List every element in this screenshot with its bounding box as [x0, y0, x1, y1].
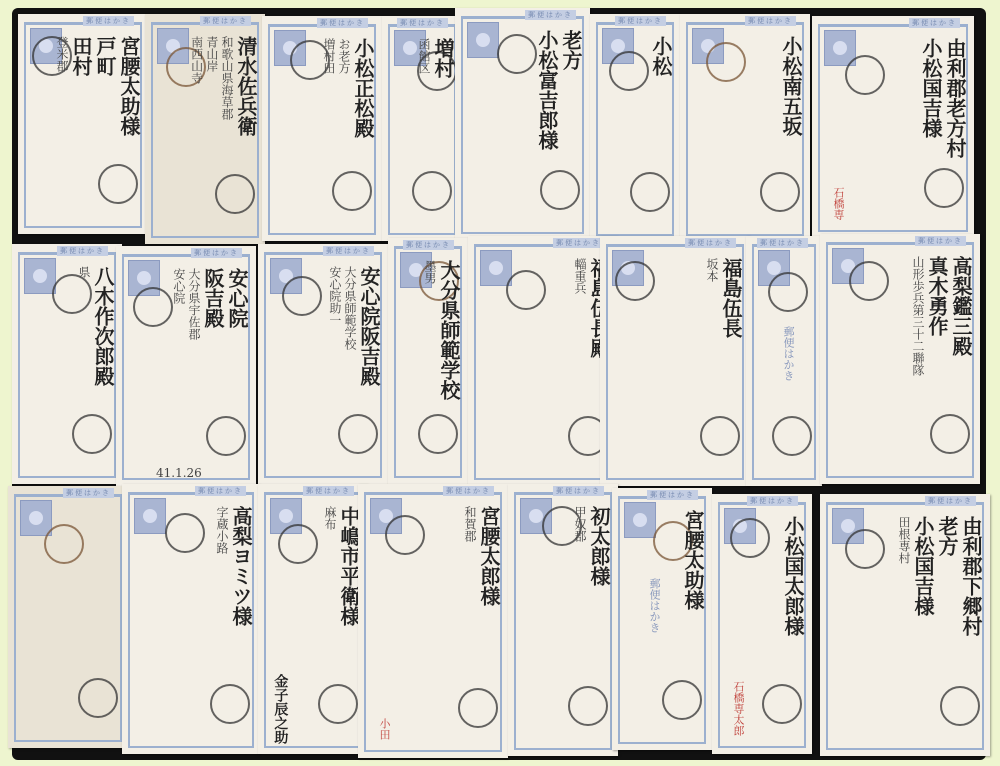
postcard-header: 郵便はかき: [909, 18, 960, 28]
address-line: 増村: [432, 38, 454, 231]
postcard-header: 郵便はかき: [747, 496, 798, 506]
handwritten-address: 小松: [650, 36, 672, 232]
handwritten-address: 高梨ヨミツ様字蔵小路: [215, 506, 252, 744]
handwritten-address: 由利郡老方村小松国吉様: [920, 38, 966, 228]
address-line: 大分県師範学校: [438, 260, 460, 474]
address-line: 小松正松殿: [352, 38, 374, 231]
handwritten-address: 高梨鑑三殿真木勇作山形歩兵第三十二聯隊: [911, 256, 972, 474]
date-note: 41.1.26: [156, 467, 202, 480]
handwritten-address: 由利郡下郷村老方小松国吉様田根専村: [897, 516, 982, 746]
sender-line: 字蔵小路: [215, 506, 228, 744]
handwritten-address: 小松南五坂: [780, 36, 802, 232]
postmark-icon: [78, 678, 118, 718]
address-line: 宮腰太助様: [118, 36, 140, 224]
sender-line: 大分県師範学校: [343, 266, 356, 474]
sender-line: 大分県宇佐郡: [187, 268, 200, 476]
red-printed-text: 小田: [376, 718, 392, 740]
postcard-header: 郵便はかき: [757, 238, 808, 248]
address-line: 宮腰太郎様: [478, 506, 500, 748]
postcard: 郵便はかき: [8, 486, 128, 748]
postcard: 郵便はかき 老方小松富吉郎様: [455, 8, 590, 240]
sender-line: 輜重兵: [573, 258, 586, 476]
postcard-header: 郵便はかき: [83, 16, 134, 26]
postcard: 郵便はかき 小松正松殿お老方増村田: [262, 16, 382, 241]
postcard: 郵便はかき 高梨ヨミツ様字蔵小路: [122, 484, 260, 754]
sender-line: 安心院: [172, 268, 185, 476]
postmark-icon: [768, 272, 808, 312]
postcard-header: 郵便はかき: [303, 486, 354, 496]
sender-line: 田根専村: [897, 516, 910, 746]
postcard: 郵便はかき 小松南五坂: [680, 14, 810, 242]
address-line: 戸町: [94, 36, 116, 224]
postcard: 郵便はかき 高梨鑑三殿真木勇作山形歩兵第三十二聯隊: [820, 234, 980, 484]
postcard-header: 郵便はかき: [525, 10, 576, 20]
address-line: 小松国吉様: [912, 516, 934, 746]
address-line: 由利郡下郷村: [960, 516, 982, 746]
postcard: 郵便はかき 八木作次郎殿県: [12, 244, 122, 484]
postmark-icon: [845, 529, 885, 569]
postcard: 郵便はかき 増村函館区: [382, 16, 462, 241]
imprinted-stamp-icon: [467, 22, 499, 58]
address-line: 高梨鑑三殿: [950, 256, 972, 474]
sender-line: 墨男: [423, 260, 436, 474]
postcard-header: 郵便はかき: [685, 238, 736, 248]
address-line: 真木勇作: [926, 256, 948, 474]
postmark-icon: [497, 34, 537, 74]
postcard: 郵便はかき 安心院阪吉殿大分県師範学校安心院助一: [258, 244, 388, 484]
handwritten-address: 老方小松富吉郎様: [536, 30, 582, 230]
handwritten-address: 宮腰太郎様和賀郡: [463, 506, 500, 748]
sender-line: 麻布: [323, 506, 336, 744]
postmark-icon: [849, 261, 889, 301]
address-line: 宮腰太助様: [682, 510, 704, 740]
address-line: 高梨ヨミツ様: [230, 506, 252, 744]
postmark-icon: [706, 42, 746, 82]
address-line: 小松: [650, 36, 672, 232]
sender-line: 登米郡: [55, 36, 68, 224]
postmark-icon: [44, 524, 84, 564]
red-printed-text: 石橋専太郎: [730, 681, 746, 736]
address-line: 老方: [936, 516, 958, 746]
sender-line: 青山岸: [205, 36, 218, 234]
imprinted-stamp-icon: [134, 498, 166, 534]
postcard-header: 郵便はかき: [615, 16, 666, 26]
postcard-header: 郵便はかき: [443, 486, 494, 496]
red-printed-text: 石橋専: [830, 187, 846, 220]
address-line: 阪吉殿: [202, 268, 224, 476]
handwritten-address: 宮腰太助様: [682, 510, 704, 740]
sender-line: 安心院助一: [328, 266, 341, 474]
printed-label: 郵便はかき: [780, 326, 796, 381]
postcard: 郵便はかき 中嶋市平衛様麻布金子辰之助: [258, 484, 368, 754]
postcard: 郵便はかき 小松国太郎様石橋専太郎: [712, 494, 812, 754]
address-line: 清水佐兵衛: [235, 36, 257, 234]
address-line: 老方: [560, 30, 582, 230]
postmark-icon: [506, 270, 546, 310]
address-line: 中嶋市平衛様: [338, 506, 360, 744]
sender-line: 甲奴郡: [573, 506, 586, 746]
address-line: 福島伍長: [720, 258, 742, 476]
sender-line: 南西山寺: [189, 36, 202, 234]
sender-name: 金子辰之助: [272, 674, 287, 744]
postcard: 郵便はかき 福島伍長坂本: [600, 236, 750, 486]
postcard-header: 郵便はかき: [553, 486, 604, 496]
postcard-header: 郵便はかき: [397, 18, 448, 28]
handwritten-address: 増村函館区: [417, 38, 454, 231]
sender-line: 函館区: [417, 38, 430, 231]
printed-label: 郵便はかき: [646, 578, 662, 633]
handwritten-address: 大分県師範学校墨男: [423, 260, 460, 474]
imprinted-stamp-icon: [20, 500, 52, 536]
postcard-header: 郵便はかき: [63, 488, 114, 498]
handwritten-address: 清水佐兵衛和歌山県海草郡青山岸南西山寺: [189, 36, 257, 234]
handwritten-address: 小松国太郎様: [782, 516, 804, 744]
postcard: 郵便はかき 清水佐兵衛和歌山県海草郡青山岸南西山寺: [145, 14, 265, 244]
postcard-header: 郵便はかき: [403, 240, 454, 250]
postcard: 郵便はかき 由利郡下郷村老方小松国吉様田根専村: [820, 494, 990, 756]
postcard: 郵便はかき 福島伍長殿輜重兵: [468, 236, 618, 486]
address-line: 安心院: [226, 268, 248, 476]
sender-line: 和賀郡: [463, 506, 476, 748]
handwritten-address: 八木作次郎殿県: [77, 266, 114, 474]
sender-line: 和歌山県海草郡: [220, 36, 233, 234]
handwritten-address: 安心院阪吉殿大分県師範学校安心院助一: [328, 266, 380, 474]
address-line: 由利郡老方村: [944, 38, 966, 228]
sender-line: 増村田: [322, 38, 335, 231]
address-line: 小松富吉郎様: [536, 30, 558, 230]
postmark-icon: [278, 524, 318, 564]
handwritten-address: 初太郎様甲奴郡: [573, 506, 610, 746]
postmark-icon: [845, 55, 885, 95]
handwritten-address: 中嶋市平衛様麻布: [323, 506, 360, 744]
postcard-header: 郵便はかき: [915, 236, 966, 246]
postcard: 郵便はかき 郵便はかき: [746, 236, 822, 486]
address-line: 小松国吉様: [920, 38, 942, 228]
postcard-header: 郵便はかき: [195, 486, 246, 496]
sender-line: 山形歩兵第三十二聯隊: [911, 256, 924, 474]
postcard-header: 郵便はかき: [191, 248, 242, 258]
handwritten-address: 宮腰太助様戸町田村登米郡: [55, 36, 140, 224]
postcard-header: 郵便はかき: [317, 18, 368, 28]
address-line: 小松南五坂: [780, 36, 802, 232]
postcard: 郵便はかき 宮腰太郎様和賀郡小田: [358, 484, 508, 758]
postmark-icon: [282, 276, 322, 316]
postcard: 郵便はかき 宮腰太助様戸町田村登米郡: [18, 14, 148, 234]
address-line: 小松国太郎様: [782, 516, 804, 744]
address-line: 八木作次郎殿: [92, 266, 114, 474]
handwritten-address: 小松正松殿お老方増村田: [322, 38, 374, 231]
postcard: 郵便はかき 小松: [590, 14, 680, 242]
postcard-header: 郵便はかき: [323, 246, 374, 256]
postmark-icon: [730, 518, 770, 558]
postcard: 郵便はかき 初太郎様甲奴郡: [508, 484, 618, 756]
address-line: 田村: [70, 36, 92, 224]
imprinted-stamp-icon: [24, 258, 56, 294]
handwritten-address: 安心院阪吉殿大分県宇佐郡安心院: [172, 268, 248, 476]
postcard-header: 郵便はかき: [553, 238, 604, 248]
postmark-icon: [133, 287, 173, 327]
postmark-icon: [609, 51, 649, 91]
postcard-header: 郵便はかき: [200, 16, 251, 26]
postmark-icon: [165, 513, 205, 553]
postcard-header: 郵便はかき: [57, 246, 108, 256]
postcard-header: 郵便はかき: [647, 490, 698, 500]
sender-line: お老方: [337, 38, 350, 231]
postcard: 郵便はかき 宮腰太助様郵便はかき: [612, 488, 712, 750]
postcard-header: 郵便はかき: [745, 16, 796, 26]
imprinted-stamp-icon: [624, 502, 656, 538]
address-line: 安心院阪吉殿: [358, 266, 380, 474]
address-line: 初太郎様: [588, 506, 610, 746]
postmark-icon: [385, 515, 425, 555]
postcard: 郵便はかき 安心院阪吉殿大分県宇佐郡安心院41.1.26: [116, 246, 256, 486]
postmark-icon: [615, 261, 655, 301]
handwritten-address: 福島伍長坂本: [705, 258, 742, 476]
postcard: 郵便はかき 大分県師範学校墨男: [388, 238, 468, 484]
postmark-icon: [772, 416, 812, 456]
sender-line: 県: [77, 266, 90, 474]
postcard: 郵便はかき 由利郡老方村小松国吉様石橋専: [812, 16, 974, 238]
sender-line: 坂本: [705, 258, 718, 476]
postcard-header: 郵便はかき: [925, 496, 976, 506]
